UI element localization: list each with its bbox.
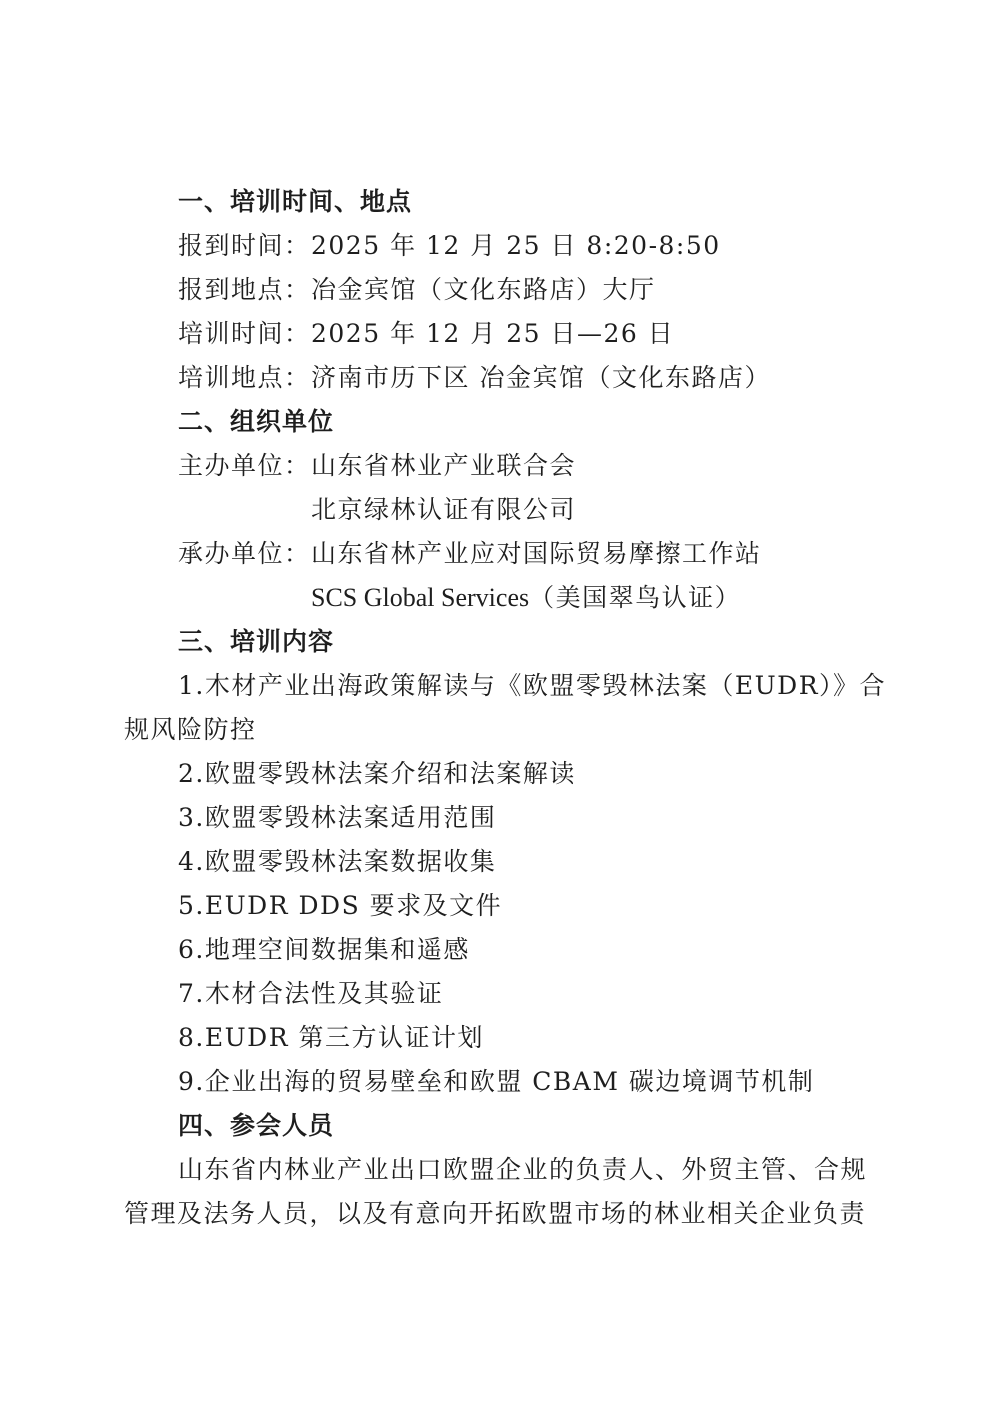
- row-label: 培训地点：: [178, 363, 311, 393]
- organizer-org-2-note: （美国翠鸟认证）: [529, 583, 741, 612]
- section-heading-attendees: 四、参会人员: [178, 1111, 334, 1141]
- host-label: 主办单位：: [178, 451, 311, 481]
- checkin-time-row: 报到时间：2025 年 12 月 25 日 8:20-8:50: [178, 231, 721, 261]
- host-org-1: 山东省林业产业联合会: [311, 451, 576, 480]
- content-item-9: 9.企业出海的贸易壁垒和欧盟 CBAM 碳边境调节机制: [178, 1067, 814, 1097]
- row-value: 2025 年 12 月 25 日—26 日: [311, 319, 674, 348]
- row-label: 报到地点：: [178, 275, 311, 305]
- organizer-row: 承办单位：山东省林产业应对国际贸易摩擦工作站: [178, 539, 762, 569]
- content-item-1-cont: 规风险防控: [124, 715, 257, 745]
- organizer-org-2: SCS Global Services（美国翠鸟认证）: [311, 583, 741, 613]
- content-item-6: 6.地理空间数据集和遥感: [178, 935, 470, 965]
- attendees-para-line-2: 管理及法务人员，以及有意向开拓欧盟市场的林业相关企业负责: [124, 1199, 866, 1229]
- section-heading-time-place: 一、培训时间、地点: [178, 187, 412, 217]
- row-label: 报到时间：: [178, 231, 311, 261]
- row-label: 培训时间：: [178, 319, 311, 349]
- content-item-1: 1.木材产业出海政策解读与《欧盟零毁林法案（EUDR）》合: [178, 671, 886, 701]
- content-item-5: 5.EUDR DDS 要求及文件: [178, 891, 502, 921]
- document-page: 一、培训时间、地点 报到时间：2025 年 12 月 25 日 8:20-8:5…: [0, 0, 1000, 1416]
- section-heading-organizers: 二、组织单位: [178, 407, 334, 437]
- organizer-org-1: 山东省林产业应对国际贸易摩擦工作站: [311, 539, 762, 568]
- host-org-2: 北京绿林认证有限公司: [311, 495, 576, 525]
- training-place-row: 培训地点：济南市历下区 冶金宾馆（文化东路店）: [178, 363, 771, 393]
- row-value: 2025 年 12 月 25 日 8:20-8:50: [311, 231, 721, 260]
- checkin-place-row: 报到地点：冶金宾馆（文化东路店）大厅: [178, 275, 656, 305]
- training-time-row: 培训时间：2025 年 12 月 25 日—26 日: [178, 319, 674, 349]
- organizer-label: 承办单位：: [178, 539, 311, 569]
- content-item-2: 2.欧盟零毁林法案介绍和法案解读: [178, 759, 576, 789]
- row-value: 济南市历下区 冶金宾馆（文化东路店）: [311, 363, 771, 392]
- content-item-3: 3.欧盟零毁林法案适用范围: [178, 803, 496, 833]
- host-row: 主办单位：山东省林业产业联合会: [178, 451, 576, 481]
- content-item-4: 4.欧盟零毁林法案数据收集: [178, 847, 496, 877]
- content-item-7: 7.木材合法性及其验证: [178, 979, 443, 1009]
- row-value: 冶金宾馆（文化东路店）大厅: [311, 275, 656, 304]
- organizer-org-2-name: SCS Global Services: [311, 583, 529, 612]
- content-item-8: 8.EUDR 第三方认证计划: [178, 1023, 484, 1053]
- section-heading-content: 三、培训内容: [178, 627, 334, 657]
- attendees-para-line-1: 山东省内林业产业出口欧盟企业的负责人、外贸主管、合规: [178, 1155, 867, 1185]
